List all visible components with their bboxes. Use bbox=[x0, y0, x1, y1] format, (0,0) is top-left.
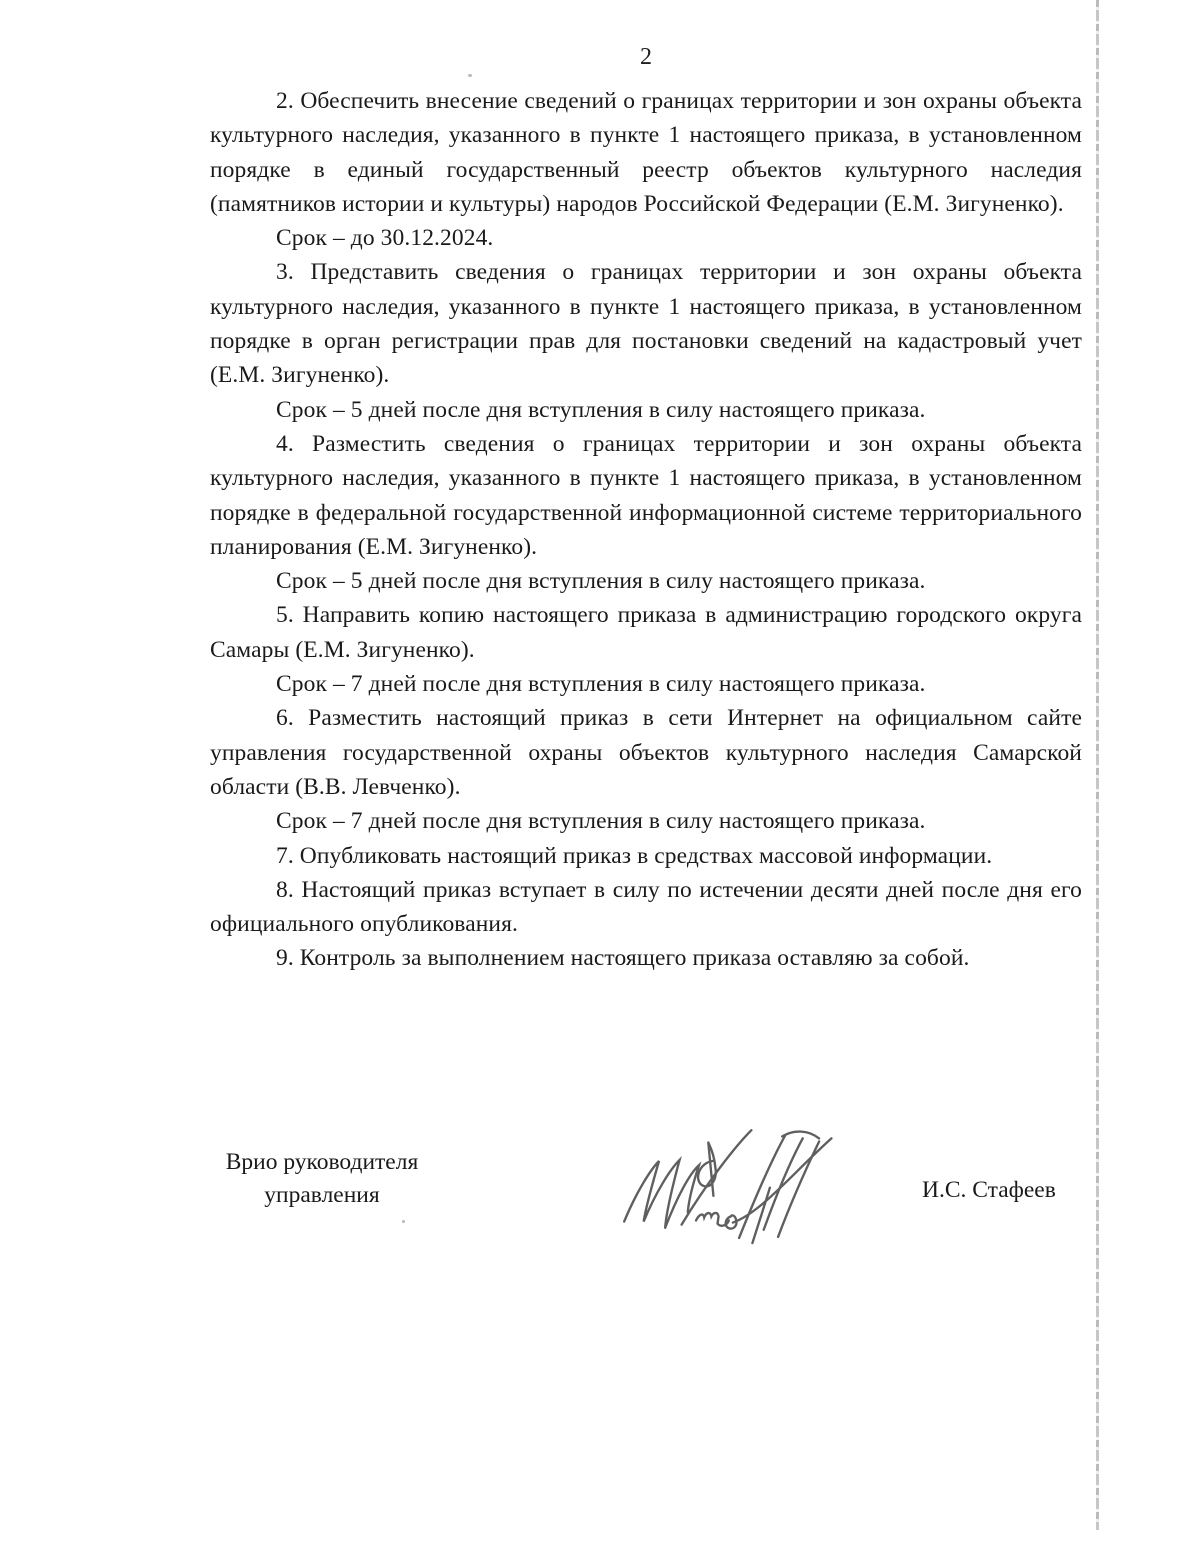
signatory-name: И.С. Стафеев bbox=[922, 1177, 1082, 1204]
signatory-position-line1: Врио руководителя bbox=[213, 1146, 431, 1179]
document-page: 2 2. Обеспечить внесение сведений о гран… bbox=[0, 0, 1200, 1553]
scan-speck bbox=[468, 74, 472, 77]
scan-edge-artifact bbox=[1096, 0, 1099, 1530]
handwritten-signature-icon bbox=[618, 1122, 854, 1240]
signatory-position: Врио руководителя управления bbox=[213, 1146, 431, 1212]
scan-speck bbox=[402, 1220, 405, 1223]
signature-block: Врио руководителя управления И.С. Стафее… bbox=[0, 0, 1200, 1553]
signatory-position-line2: управления bbox=[213, 1179, 431, 1212]
